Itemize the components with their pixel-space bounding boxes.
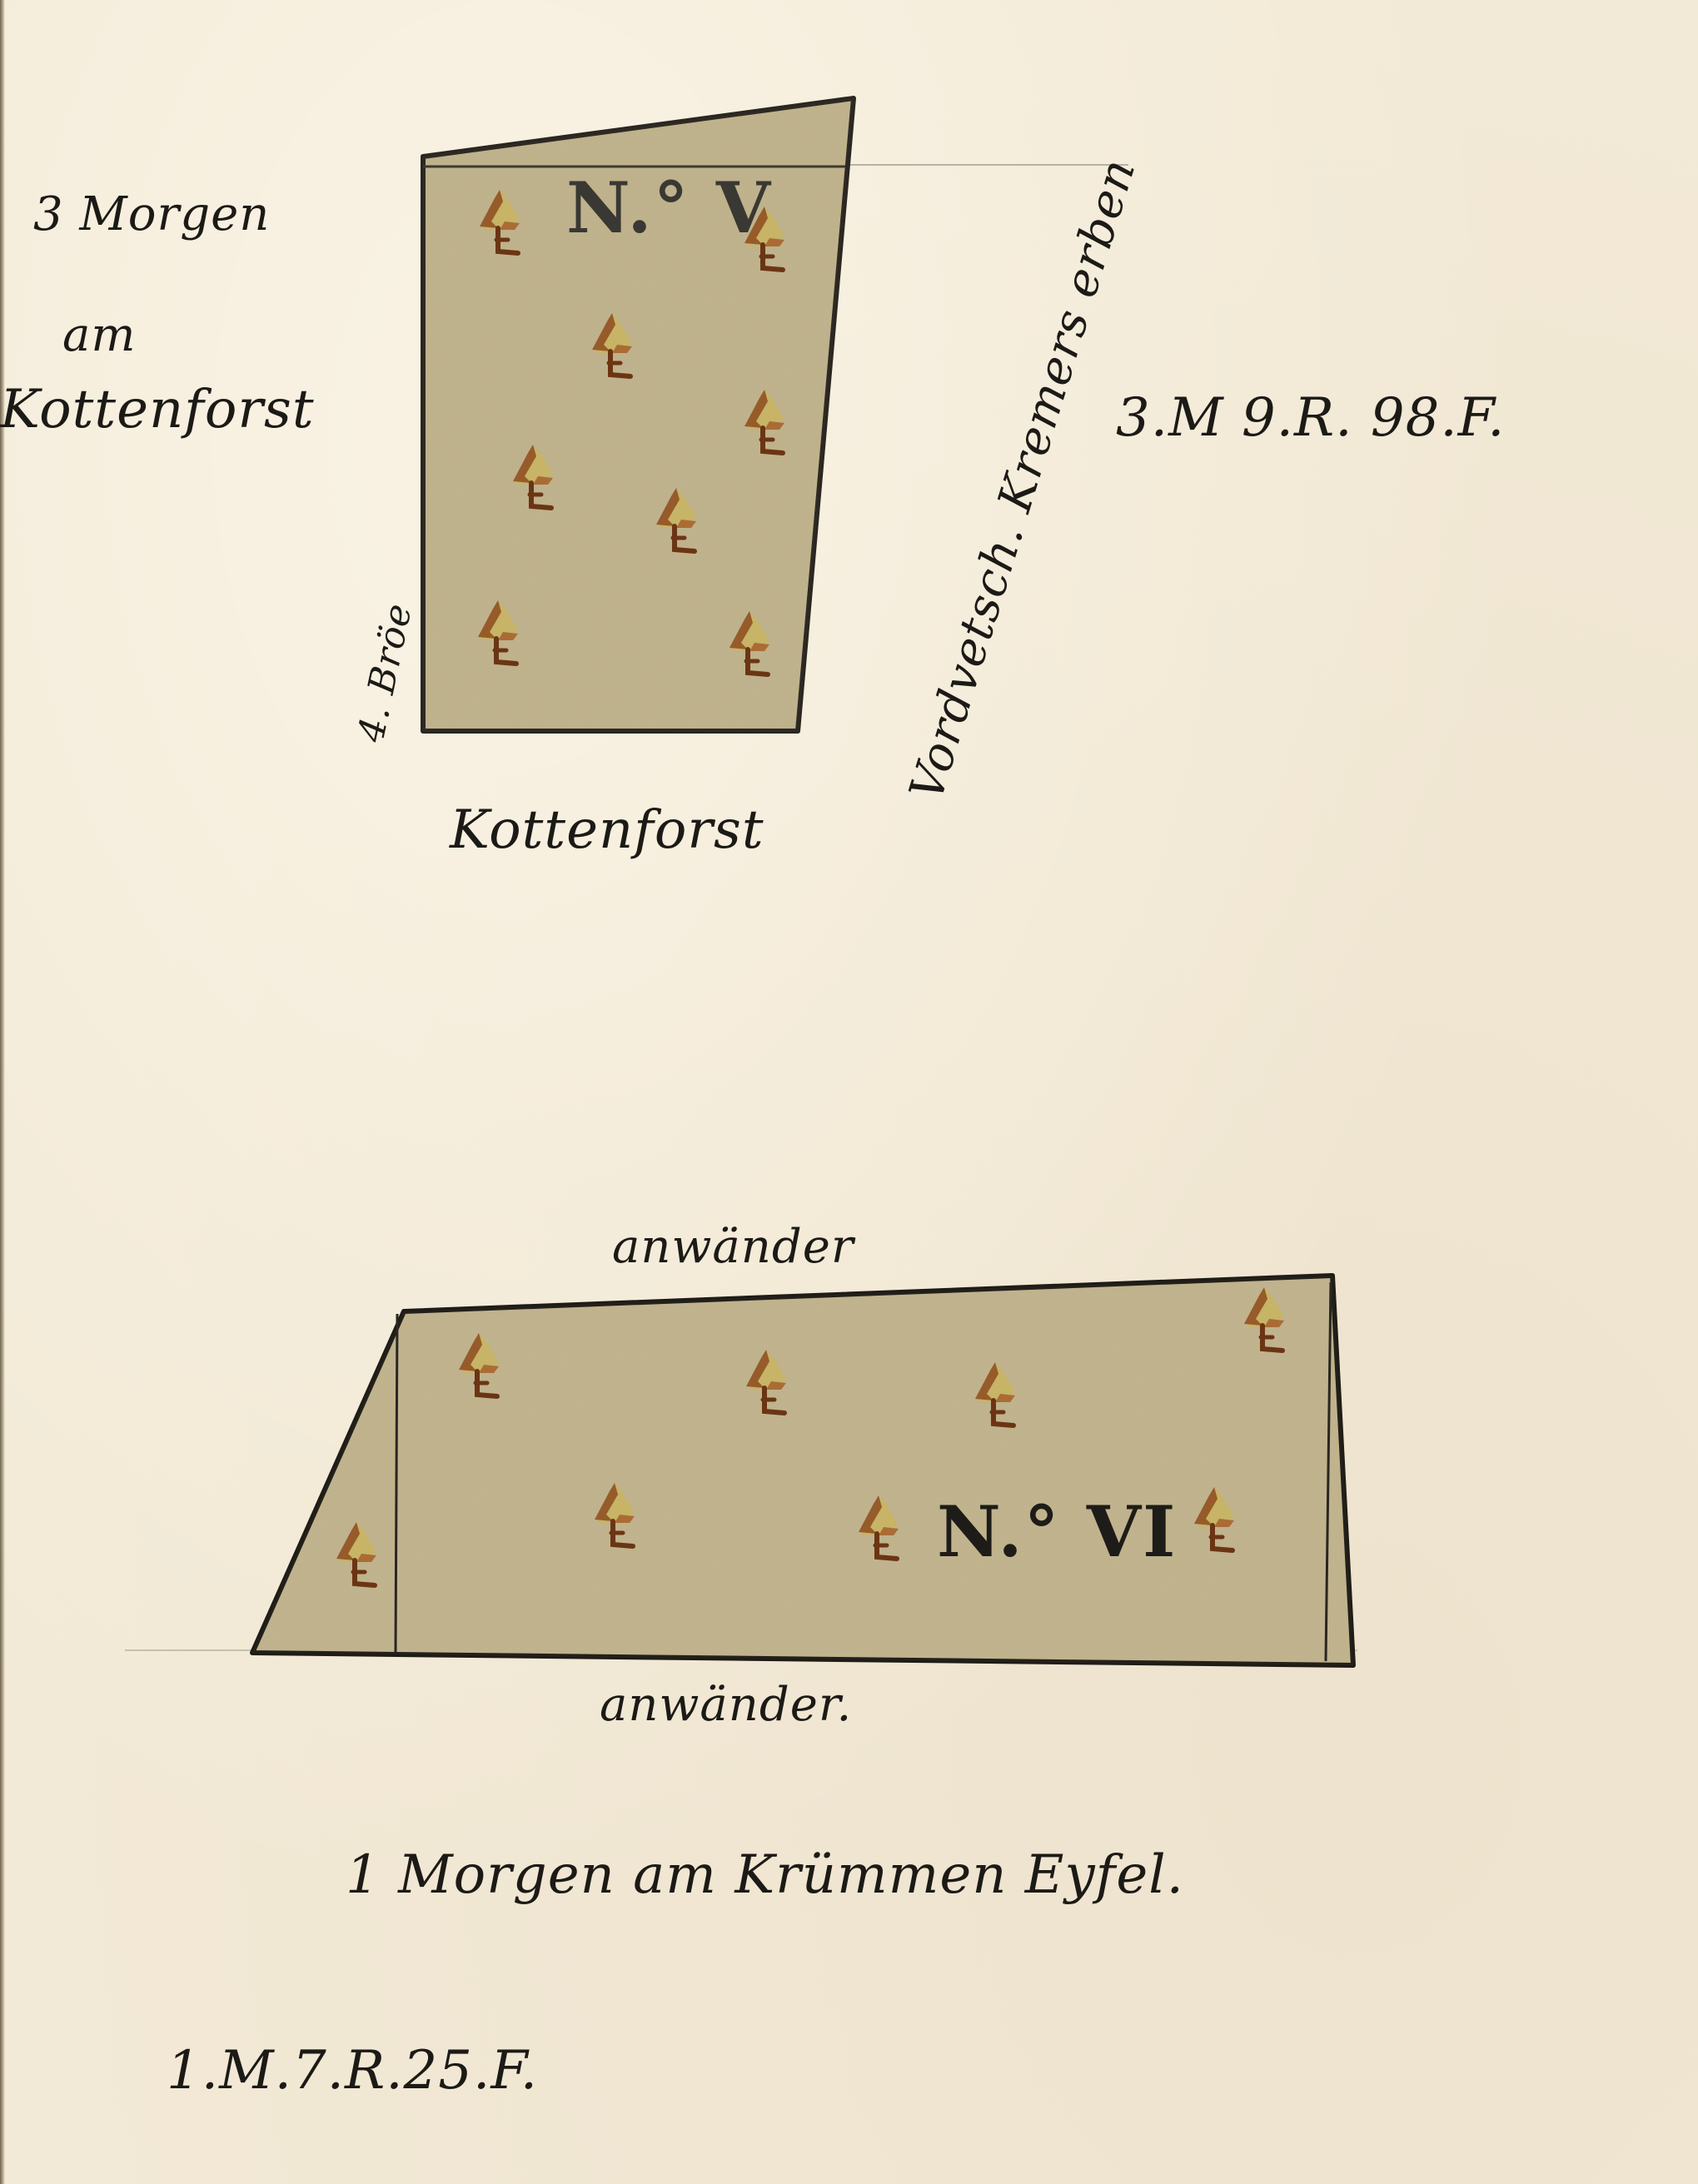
parcel-vi-side-top: anwänder bbox=[612, 1220, 854, 1274]
parcel-v-area-note-line-2: am bbox=[62, 308, 137, 362]
parcel-v-label: N.° V bbox=[566, 167, 772, 249]
parcel-vi-area-measure: 1.M.7.R.25.F. bbox=[167, 2040, 538, 2102]
parcel-v-area-note-line-3: Kottenforst bbox=[0, 379, 315, 440]
parcel-vi-label: N.° VI bbox=[937, 1490, 1177, 1573]
parcel-vi-area-note: 1 Morgen am Krümmen Eyfel. bbox=[346, 1844, 1184, 1906]
parcel-v-side-bottom: Kottenforst bbox=[450, 799, 764, 861]
parcel-vi[interactable] bbox=[252, 1276, 1353, 1665]
parcel-v-area-measure: 3.M 9.R. 98.F. bbox=[1116, 387, 1505, 449]
parcel-vi-side-bottom: anwänder. bbox=[600, 1678, 852, 1732]
parcel-v-area-note-line-1: 3 Morgen bbox=[33, 187, 270, 241]
